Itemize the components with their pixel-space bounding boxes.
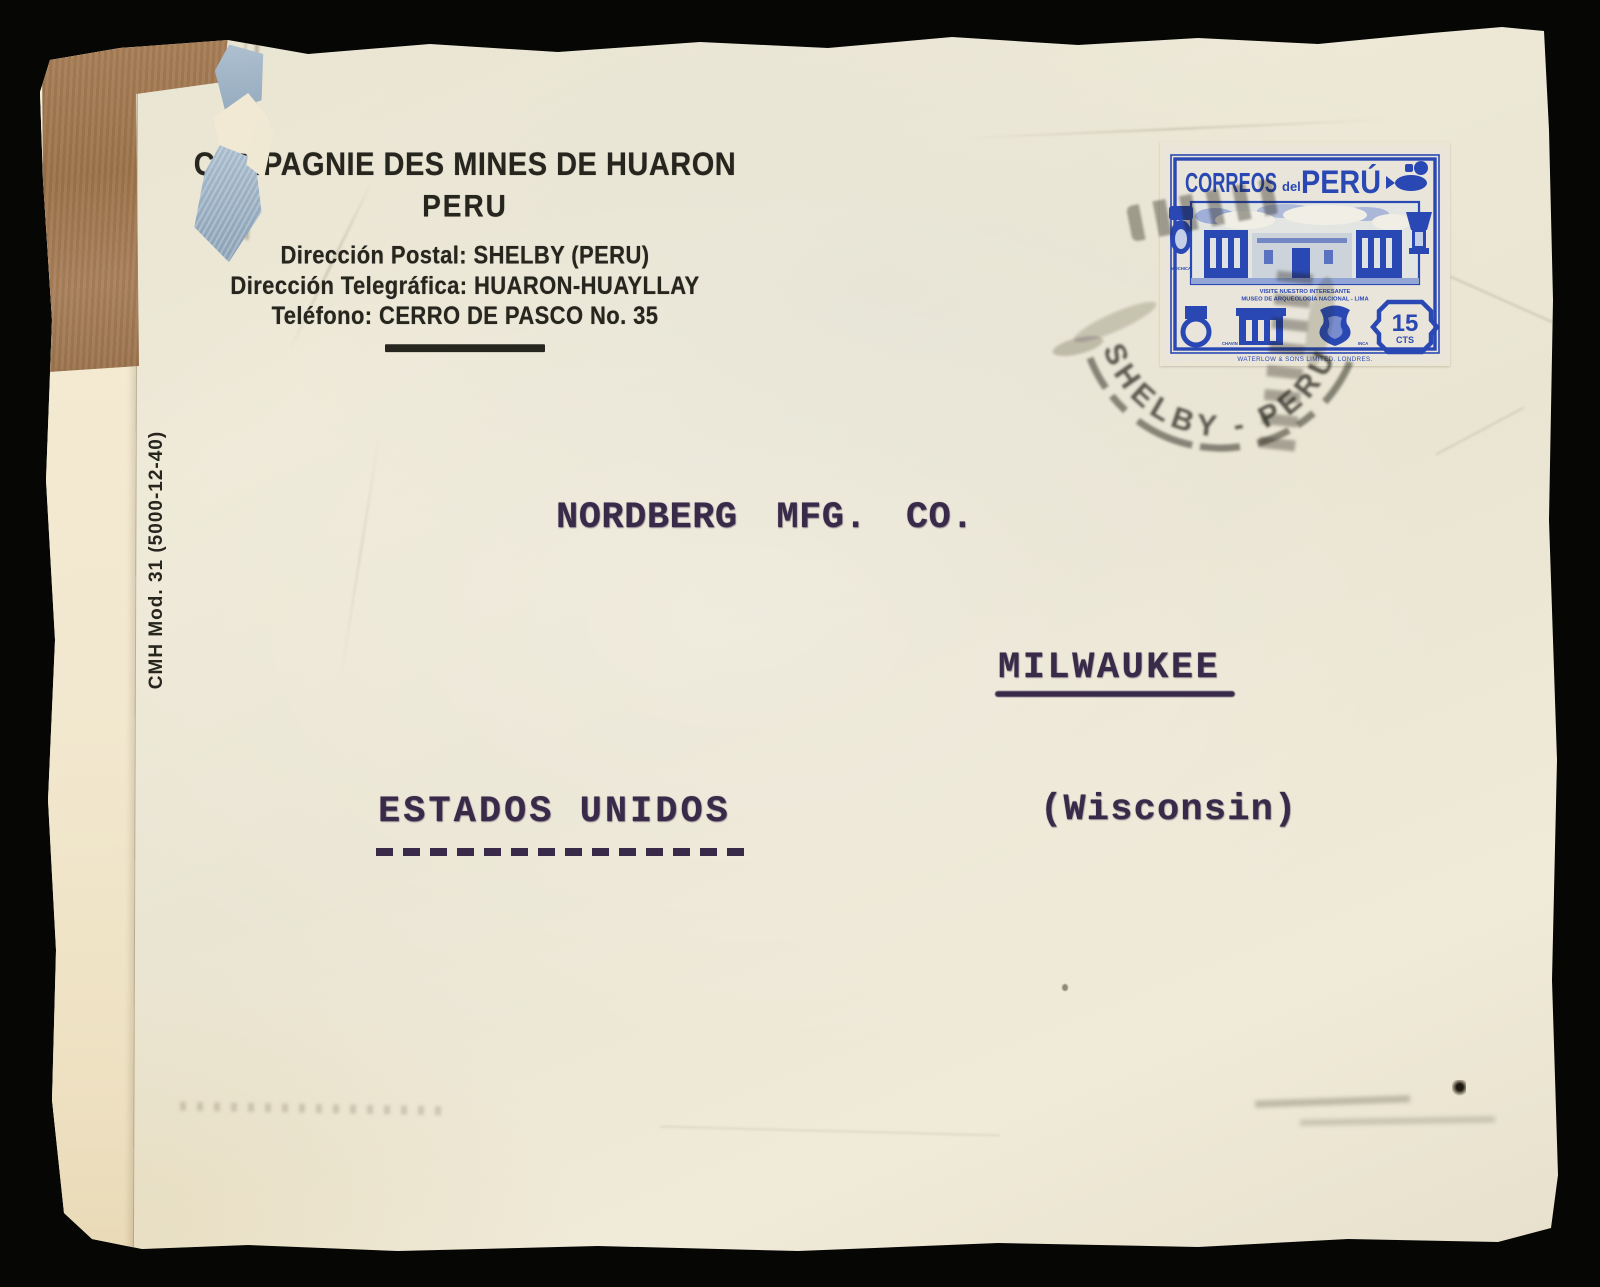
- sender-postal-address: Dirección Postal: SHELBY (PERU): [165, 240, 765, 270]
- postmark: SHELBY - PERU: [1020, 250, 1440, 510]
- crease-line: [1435, 407, 1524, 456]
- censor-tape-code: CMH Mod. 31 (5000-12-40): [146, 400, 172, 720]
- address-state: (Wisconsin): [1040, 792, 1297, 829]
- address-country-underline: [376, 848, 748, 856]
- sender-divider-rule: [385, 344, 545, 352]
- postmark-marks: SHELBY - PERU: [1051, 275, 1350, 448]
- pencil-smudge: [1255, 1095, 1410, 1107]
- sender-telegraph-address: Dirección Telegráfica: HUARON-HUAYLLAY: [165, 270, 765, 300]
- stamp-title-peru: PERÚ: [1301, 164, 1381, 200]
- sender-phone: Teléfono: CERRO DE PASCO No. 35: [165, 301, 765, 331]
- stamp-title-del: del: [1282, 179, 1301, 194]
- pencil-smudge: [1300, 1116, 1495, 1125]
- address-country: ESTADOS UNIDOS: [378, 794, 731, 831]
- crease-line: [660, 1126, 1000, 1137]
- address-city-underline: [995, 691, 1235, 697]
- ink-spot: [1452, 1080, 1466, 1096]
- envelope: COMPAGNIE DES MINES DE HUARON PERU Direc…: [0, 0, 1600, 1287]
- crease-line: [340, 421, 383, 678]
- head-artifact-icon: [1169, 206, 1193, 254]
- address-recipient: NORDBERG MFG. CO.: [556, 500, 974, 537]
- crease-line: [960, 119, 1390, 140]
- pencil-smudge: [180, 1102, 450, 1116]
- ink-spot: [1062, 984, 1068, 991]
- stamp-title-correos: CORREOS: [1185, 167, 1277, 198]
- address-city: MILWAUKEE: [998, 650, 1220, 687]
- crease-line: [1450, 276, 1560, 327]
